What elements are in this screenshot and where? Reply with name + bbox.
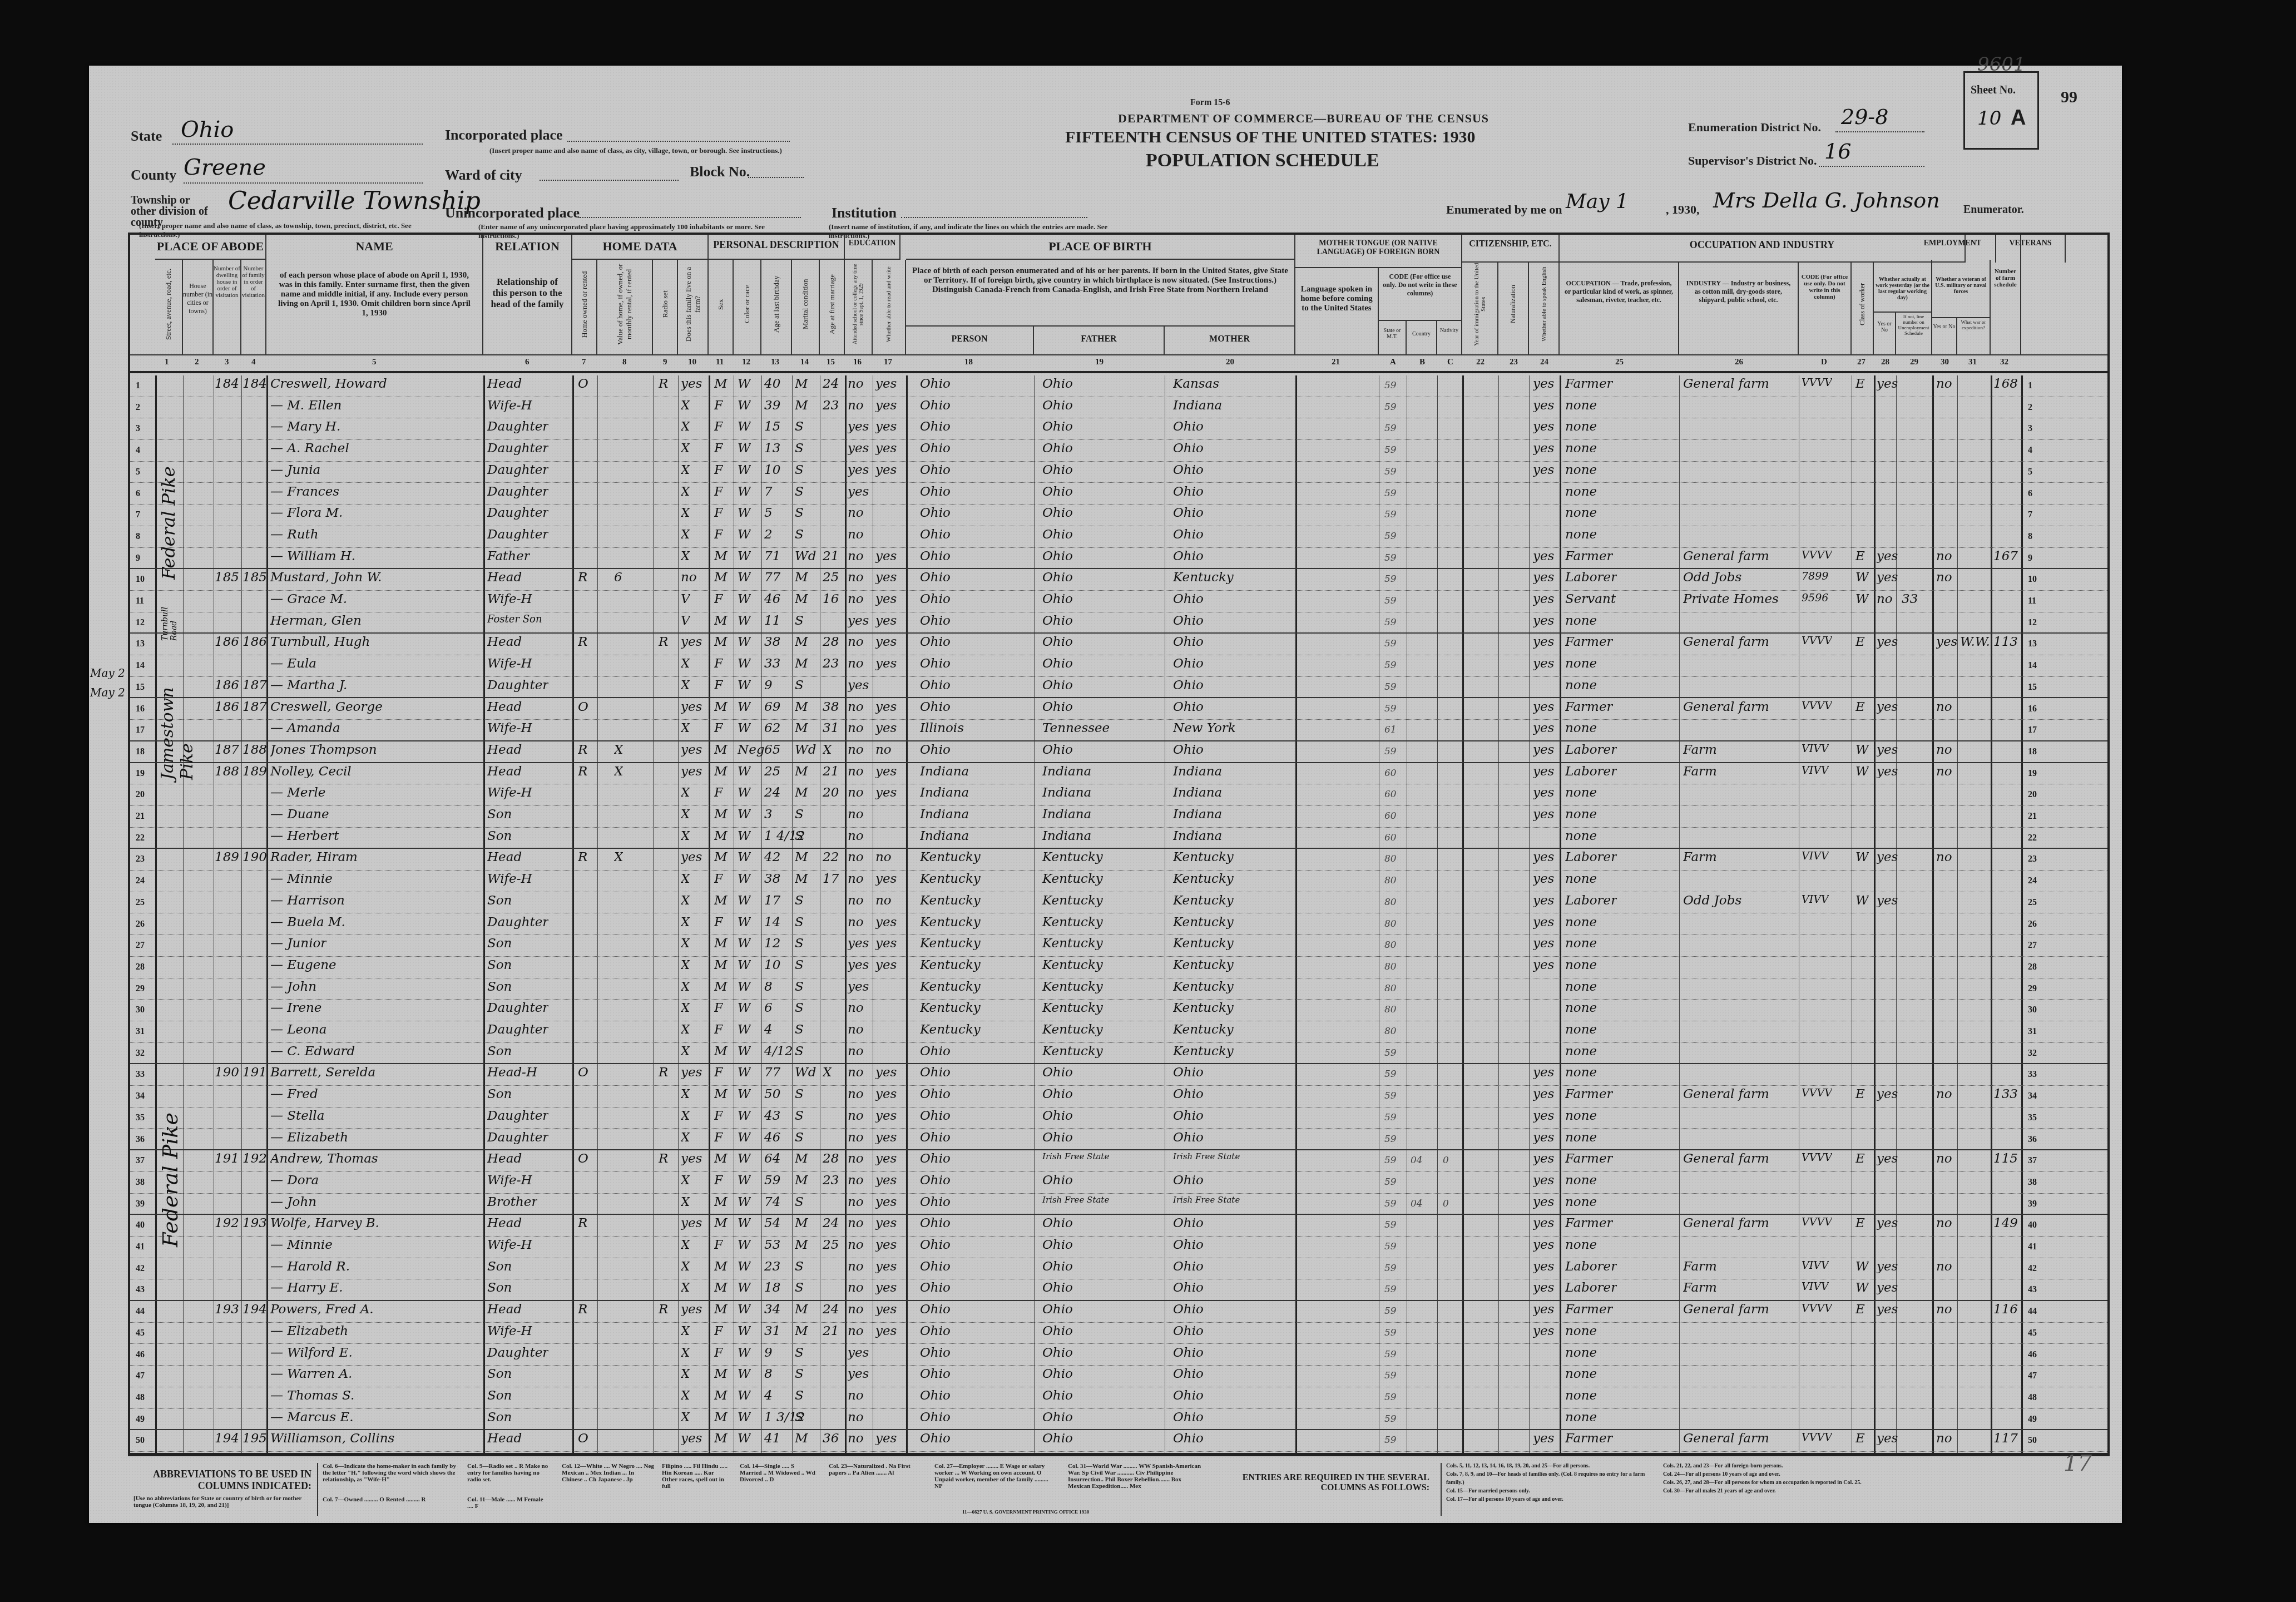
veteran: no [1936, 850, 1952, 864]
header-code-a-text: State or M.T. [1379, 321, 1406, 340]
sex: M [714, 764, 728, 779]
header-age: Age at last birthday [761, 260, 792, 354]
marital: S [795, 980, 804, 994]
institution-line [901, 217, 1087, 218]
code-a: 59 [1384, 1176, 1397, 1188]
line-number-left: 15 [136, 683, 145, 693]
farm: X [681, 1022, 690, 1037]
farm-schedule: 168 [1993, 377, 2018, 391]
block-line [748, 177, 804, 178]
class-of-worker: W [1855, 1259, 1869, 1274]
read-write: yes [875, 1065, 897, 1080]
school: no [848, 1280, 864, 1295]
occupation: Farmer [1565, 635, 1613, 649]
age-first-marriage: 31 [823, 721, 839, 735]
table-row: 2— M. EllenWife-HXFW39M23noyesOhioOhioIn… [130, 397, 2107, 419]
line-number-right: 41 [2028, 1242, 2037, 1252]
marital: M [795, 1302, 808, 1317]
marital: S [795, 1001, 804, 1015]
age: 34 [764, 1302, 780, 1317]
line-number-left: 47 [136, 1371, 145, 1381]
birthplace-mother: Ohio [1173, 1388, 1204, 1403]
birthplace-father: Ohio [1042, 1367, 1073, 1381]
birthplace-person: Indiana [920, 764, 969, 779]
class-of-worker: E [1855, 1302, 1865, 1317]
marital: S [795, 614, 804, 628]
code-a: 59 [1384, 402, 1397, 413]
home-owned: R [578, 764, 587, 779]
relation: Wife-H [487, 1238, 532, 1252]
birthplace-father: Kentucky [1042, 893, 1103, 908]
speaks-english: yes [1533, 656, 1554, 671]
race: W [738, 656, 751, 671]
person-name: Creswell, George [270, 700, 383, 714]
read-write: yes [875, 872, 897, 886]
farm: yes [681, 700, 702, 714]
read-write: yes [875, 785, 897, 800]
speaks-english: yes [1533, 850, 1554, 864]
school: no [848, 915, 864, 929]
line-number-right: 2 [2028, 403, 2032, 413]
race: W [738, 614, 751, 628]
code-d: VIVV [1802, 850, 1829, 862]
entries-6: Col. 24—For all persons 10 years of age … [1663, 1470, 1863, 1479]
sex: M [714, 1280, 728, 1295]
enumerated-date: May 1 [1566, 190, 1629, 213]
header-marital: Marital condition [792, 260, 820, 354]
birthplace-father: Ohio [1042, 743, 1073, 757]
person-name: — Buela M. [270, 915, 345, 929]
age: 40 [764, 377, 780, 391]
family-number: 190 [243, 850, 267, 864]
group-place-of-abode: PLACE OF ABODE [155, 235, 266, 260]
relation: Daughter [487, 1346, 548, 1360]
age: 4 [764, 1388, 773, 1403]
relation: Brother [487, 1195, 537, 1209]
sex: F [714, 484, 723, 499]
header-veterans-note-text: Whether a veteran of U.S. military or na… [1932, 260, 1990, 295]
marital: S [795, 807, 804, 822]
birthplace-father: Ohio [1042, 635, 1073, 649]
header-relation-text: Relationship of this person to the head … [483, 260, 571, 310]
age: 24 [764, 785, 780, 800]
age-first-marriage: 24 [823, 1302, 839, 1317]
occupation: none [1565, 807, 1597, 822]
code-a: 80 [1384, 875, 1397, 886]
person-name: — Junia [270, 463, 320, 477]
occupation: Farmer [1565, 700, 1613, 714]
birthplace-person: Kentucky [920, 1001, 981, 1015]
header-radio-text: Radio set [661, 260, 670, 349]
header-street: Street, avenue, road, etc. [155, 260, 183, 354]
institution-label: Institution [832, 205, 897, 221]
read-write: yes [875, 1324, 897, 1338]
person-name: Barrett, Serelda [270, 1065, 375, 1080]
school: no [848, 1022, 864, 1037]
table-row: 29— JohnSonXMW8SyesKentuckyKentuckyKentu… [130, 978, 2107, 1000]
industry: General farm [1683, 1087, 1769, 1101]
age: 74 [764, 1195, 780, 1209]
incorporated-note: (Insert proper name and also name of cla… [489, 146, 801, 155]
veteran: no [1936, 764, 1952, 779]
birthplace-mother: Kentucky [1173, 570, 1234, 585]
line-number-left: 19 [136, 769, 145, 779]
header-english: Whether able to speak English [1529, 263, 1560, 354]
occupation: none [1565, 1109, 1597, 1123]
person-name: — C. Edward [270, 1044, 355, 1059]
marital: M [795, 1431, 808, 1446]
occupation: Farmer [1565, 1087, 1613, 1101]
header-read-write-text: Whether able to read and write [885, 260, 892, 349]
occupation: none [1565, 1195, 1597, 1209]
home-owned: O [578, 377, 588, 391]
person-name: — Eula [270, 656, 316, 671]
race: W [738, 506, 751, 520]
line-number-left: 4 [136, 446, 140, 456]
header-english-text: Whether able to speak English [1541, 263, 1547, 346]
farm: yes [681, 1151, 702, 1166]
marital: Wd [795, 549, 816, 563]
person-name: — Flora M. [270, 506, 343, 520]
line-number-right: 21 [2028, 812, 2037, 822]
line-number-left: 3 [136, 424, 140, 434]
table-row: 16186187Creswell, GeorgeHeadOyesMW69M38n… [130, 699, 2107, 720]
table-row: 37191192Andrew, ThomasHeadORyesMW64M28no… [130, 1150, 2107, 1172]
birthplace-mother: Ohio [1173, 1280, 1204, 1295]
occupation: Farmer [1565, 1216, 1613, 1230]
line-number-left: 41 [136, 1242, 145, 1252]
birthplace-mother: Ohio [1173, 549, 1204, 563]
code-a: 59 [1384, 1327, 1397, 1338]
entries-4: Col. 17—For all persons 10 years of age … [1446, 1495, 1657, 1504]
department-title: DEPARTMENT OF COMMERCE—BUREAU OF THE CEN… [1118, 111, 1489, 126]
marital: M [795, 764, 808, 779]
birthplace-father: Indiana [1042, 807, 1091, 822]
age-first-marriage: 25 [823, 1238, 839, 1252]
class-of-worker: W [1855, 764, 1869, 779]
age-first-marriage: 24 [823, 1216, 839, 1230]
sex: F [714, 915, 723, 929]
code-a: 59 [1384, 617, 1397, 628]
speaks-english: yes [1533, 807, 1554, 822]
school: no [848, 549, 864, 563]
line-number-left: 38 [136, 1178, 145, 1188]
line-number-right: 47 [2028, 1371, 2037, 1381]
birthplace-mother: Irish Free State [1173, 1151, 1240, 1161]
code-a: 60 [1384, 789, 1397, 800]
relation: Daughter [487, 463, 548, 477]
class-of-worker: E [1855, 1087, 1865, 1101]
line-number-right: 20 [2028, 790, 2037, 800]
line-number-left: 30 [136, 1005, 145, 1015]
farm: X [681, 1346, 690, 1360]
birthplace-mother: Ohio [1173, 614, 1204, 628]
header-owned-text: Home owned or rented [580, 260, 589, 349]
sex: F [714, 872, 723, 886]
header-owned: Home owned or rented [572, 260, 597, 354]
table-row: 38— DoraWife-HXFW59M23noyesOhioOhioOhio5… [130, 1172, 2107, 1194]
speaks-english: yes [1533, 1130, 1554, 1145]
school: no [848, 635, 864, 649]
header-school: Attended school or college any time sinc… [845, 260, 873, 354]
schedule-title: POPULATION SCHEDULE [1146, 150, 1379, 171]
header-value-text: Value of home, if owned, or monthly rent… [616, 260, 634, 349]
birthplace-father: Ohio [1042, 592, 1073, 606]
colnum: 3 [225, 358, 229, 367]
line-number-right: 36 [2028, 1135, 2037, 1145]
age: 25 [764, 764, 780, 779]
code-a: 59 [1384, 1090, 1397, 1101]
sheet-number: 10 [1977, 107, 2001, 130]
birthplace-father: Ohio [1042, 1130, 1073, 1145]
age: 62 [764, 721, 780, 735]
industry: General farm [1683, 700, 1769, 714]
group-citizenship: CITIZENSHIP, ETC. [1462, 235, 1560, 263]
age: 9 [764, 1346, 773, 1360]
marital: S [795, 506, 804, 520]
read-write: no [875, 893, 892, 908]
line-number-right: 39 [2028, 1199, 2037, 1209]
colnum: 5 [372, 358, 377, 367]
farm: no [681, 570, 697, 585]
line-number-left: 45 [136, 1328, 145, 1338]
read-write: yes [875, 377, 897, 391]
code-a: 59 [1384, 1047, 1397, 1059]
sex: F [714, 721, 723, 735]
abbrev-col12b: Filipino ..... Fil Hindu ..... Hin Korea… [662, 1463, 729, 1490]
occupation: none [1565, 785, 1597, 800]
occupation: none [1565, 527, 1597, 542]
marital: S [795, 1388, 804, 1403]
code-a: 59 [1384, 1392, 1397, 1403]
abbrev-col11: Col. 11—Male ...... M Female .... F [467, 1496, 551, 1510]
group-occupation: OCCUPATION AND INDUSTRY [1560, 235, 1966, 263]
header-age-text: Age at last birthday [772, 260, 781, 349]
sex: F [714, 785, 723, 800]
column-number-row: 1 2 3 4 5 6 7 8 9 10 11 12 13 14 15 16 1… [130, 354, 2107, 373]
entries-2: Cols. 7, 8, 9, and 10—For heads of famil… [1446, 1470, 1657, 1487]
home-owned: R [578, 570, 587, 585]
header-relation: Relationship of this person to the head … [483, 260, 572, 354]
line-number-left: 24 [136, 876, 145, 886]
birthplace-father: Ohio [1042, 1109, 1073, 1123]
table-row: 34— FredSonXMW50SnoyesOhioOhioOhio59yesF… [130, 1086, 2107, 1107]
person-name: Turnbull, Hugh [270, 635, 370, 649]
read-write: yes [875, 915, 897, 929]
race: W [738, 1431, 751, 1446]
age: 50 [764, 1087, 780, 1101]
person-name: — Grace M. [270, 592, 347, 606]
line-number-right: 26 [2028, 919, 2037, 929]
relation: Son [487, 980, 512, 994]
dwelling-number: 189 [215, 850, 239, 864]
age: 41 [764, 1431, 780, 1446]
school: no [848, 1324, 864, 1338]
race: W [738, 1259, 751, 1274]
veteran: no [1936, 1087, 1952, 1101]
relation: Daughter [487, 915, 548, 929]
birthplace-person: Ohio [920, 1431, 951, 1446]
speaks-english: yes [1533, 463, 1554, 477]
birthplace-person: Ohio [920, 506, 951, 520]
county-line [184, 182, 423, 184]
class-of-worker: W [1855, 850, 1869, 864]
relation: Wife-H [487, 785, 532, 800]
occupation: none [1565, 872, 1597, 886]
class-of-worker: E [1855, 377, 1865, 391]
read-write: yes [875, 398, 897, 413]
birthplace-person: Ohio [920, 1065, 951, 1080]
age-first-marriage: 38 [823, 700, 839, 714]
relation: Son [487, 936, 512, 951]
at-work: yes [1877, 377, 1898, 391]
race: W [738, 1087, 751, 1101]
read-write: yes [875, 1302, 897, 1317]
age-first-marriage: 22 [823, 850, 839, 864]
birthplace-father: Ohio [1042, 1388, 1073, 1403]
read-write: yes [875, 1151, 897, 1166]
code-d: VVVV [1802, 377, 1832, 389]
table-row: 28— EugeneSonXMW10SyesyesKentuckyKentuck… [130, 957, 2107, 978]
birthplace-person: Ohio [920, 1238, 951, 1252]
entries-7: Cols. 26, 27, and 28—For all persons for… [1663, 1479, 1863, 1487]
line-number-right: 30 [2028, 1005, 2037, 1015]
colnum: 6 [525, 358, 530, 367]
birthplace-person: Indiana [920, 829, 969, 843]
date-note-1: May 2 [90, 666, 125, 680]
line-number-right: 18 [2028, 747, 2037, 757]
age: 54 [764, 1216, 780, 1230]
industry: General farm [1683, 1151, 1769, 1166]
birthplace-father: Ohio [1042, 527, 1073, 542]
header-house-number-text: House number (in cities or towns) [183, 260, 212, 315]
table-row: 17— AmandaWife-HXFW62M31noyesIllinoisTen… [130, 720, 2107, 741]
birthplace-father: Indiana [1042, 785, 1091, 800]
birthplace-father: Ohio [1042, 1410, 1073, 1425]
occupation: none [1565, 463, 1597, 477]
speaks-english: yes [1533, 743, 1554, 757]
sex: M [714, 850, 728, 864]
read-write: yes [875, 1173, 897, 1188]
header-pob-mother: MOTHER [1165, 327, 1295, 354]
birthplace-father: Kentucky [1042, 850, 1103, 864]
line-number-right: 35 [2028, 1113, 2037, 1123]
school: no [848, 592, 864, 606]
home-value: X [614, 764, 623, 779]
birthplace-person: Ohio [920, 441, 951, 456]
read-write: yes [875, 635, 897, 649]
relation: Head-H [487, 1065, 537, 1080]
enumerated-label: Enumerated by me on [1446, 202, 1562, 217]
township-value: Cedarville Township [228, 187, 481, 215]
farm: V [681, 592, 690, 606]
line-number-left: 35 [136, 1113, 145, 1123]
birthplace-father: Kentucky [1042, 1001, 1103, 1015]
school: no [848, 1087, 864, 1101]
table-row: 9— William H.FatherXMW71Wd21noyesOhioOhi… [130, 548, 2107, 570]
age: 11 [764, 614, 780, 628]
table-row: 11— Grace M.Wife-HVFW46M16noyesOhioOhioO… [130, 591, 2107, 612]
age: 8 [764, 980, 773, 994]
age-first-marriage: 20 [823, 785, 839, 800]
read-write: yes [875, 419, 897, 434]
line-number-right: 22 [2028, 833, 2037, 843]
header-house-number: House number (in cities or towns) [183, 260, 214, 354]
birthplace-mother: Indiana [1173, 398, 1222, 413]
class-of-worker: W [1855, 570, 1869, 585]
farm: X [681, 1087, 690, 1101]
age: 12 [764, 936, 780, 951]
person-name: — M. Ellen [270, 398, 342, 413]
marital: S [795, 527, 804, 542]
census-sheet: State Ohio County Greene Township or oth… [89, 66, 2122, 1523]
age: 17 [764, 893, 780, 908]
birthplace-person: Ohio [920, 527, 951, 542]
occupation: none [1565, 1238, 1597, 1252]
farm: yes [681, 743, 702, 757]
header-dwelling-number: Number of dwelling house in order of vis… [214, 260, 241, 354]
birthplace-person: Kentucky [920, 958, 981, 972]
line-number-left: 12 [136, 618, 145, 628]
line-number-right: 37 [2028, 1156, 2037, 1166]
colnum: 12 [742, 358, 750, 367]
birthplace-person: Ohio [920, 1324, 951, 1338]
table-row: 22— HerbertSonXMW1 4/12SnoIndianaIndiana… [130, 828, 2107, 849]
marital: M [795, 721, 808, 735]
code-a: 59 [1384, 423, 1397, 434]
school: no [848, 872, 864, 886]
occupation: none [1565, 1001, 1597, 1015]
header-code-text: CODE (For office use only. Do not write … [1379, 268, 1461, 298]
relation: Head [487, 743, 522, 757]
race: W [738, 893, 751, 908]
age: 4/12 [764, 1044, 793, 1059]
table-row: 33190191Barrett, SereldaHead-HORyesFW77W… [130, 1064, 2107, 1086]
table-row: 7— Flora M.DaughterXFW5SnoOhioOhioOhio59… [130, 505, 2107, 526]
speaks-english: yes [1533, 1195, 1554, 1209]
line-number-left: 44 [136, 1307, 145, 1317]
person-name: — William H. [270, 549, 355, 563]
line-number-left: 36 [136, 1135, 145, 1145]
table-row: 35— StellaDaughterXFW43SnoyesOhioOhioOhi… [130, 1107, 2107, 1129]
header-race: Color or race [734, 260, 761, 354]
data-rows: 1184184Creswell, HowardHeadORyesMW40M24n… [130, 375, 2107, 1453]
code-a: 59 [1384, 703, 1397, 714]
occupation: Laborer [1565, 743, 1617, 757]
abbrev-col6: Col. 6—Indicate the home-maker in each f… [323, 1463, 456, 1483]
sex: M [714, 1388, 728, 1403]
code-a: 80 [1384, 1026, 1397, 1037]
read-write: yes [875, 1195, 897, 1209]
relation: Daughter [487, 1001, 548, 1015]
form-number: Form 15-6 [1190, 98, 1230, 108]
relation: Daughter [487, 419, 548, 434]
person-name: — Wilford E. [270, 1346, 353, 1360]
line-number-left: 11 [136, 596, 144, 606]
line-number-right: 45 [2028, 1328, 2037, 1338]
colnum: 18 [964, 358, 973, 367]
line-number-right: 12 [2028, 618, 2037, 628]
age: 3 [764, 807, 773, 822]
line-number-left: 7 [136, 510, 140, 520]
line-number-right: 6 [2028, 489, 2032, 499]
radio: R [659, 1151, 668, 1166]
birthplace-person: Ohio [920, 1151, 951, 1166]
footer-divider [317, 1463, 318, 1516]
school: yes [848, 484, 869, 499]
group-mother-tongue: MOTHER TONGUE (OR NATIVE LANGUAGE) OF FO… [1295, 235, 1462, 268]
veteran: no [1936, 570, 1952, 585]
